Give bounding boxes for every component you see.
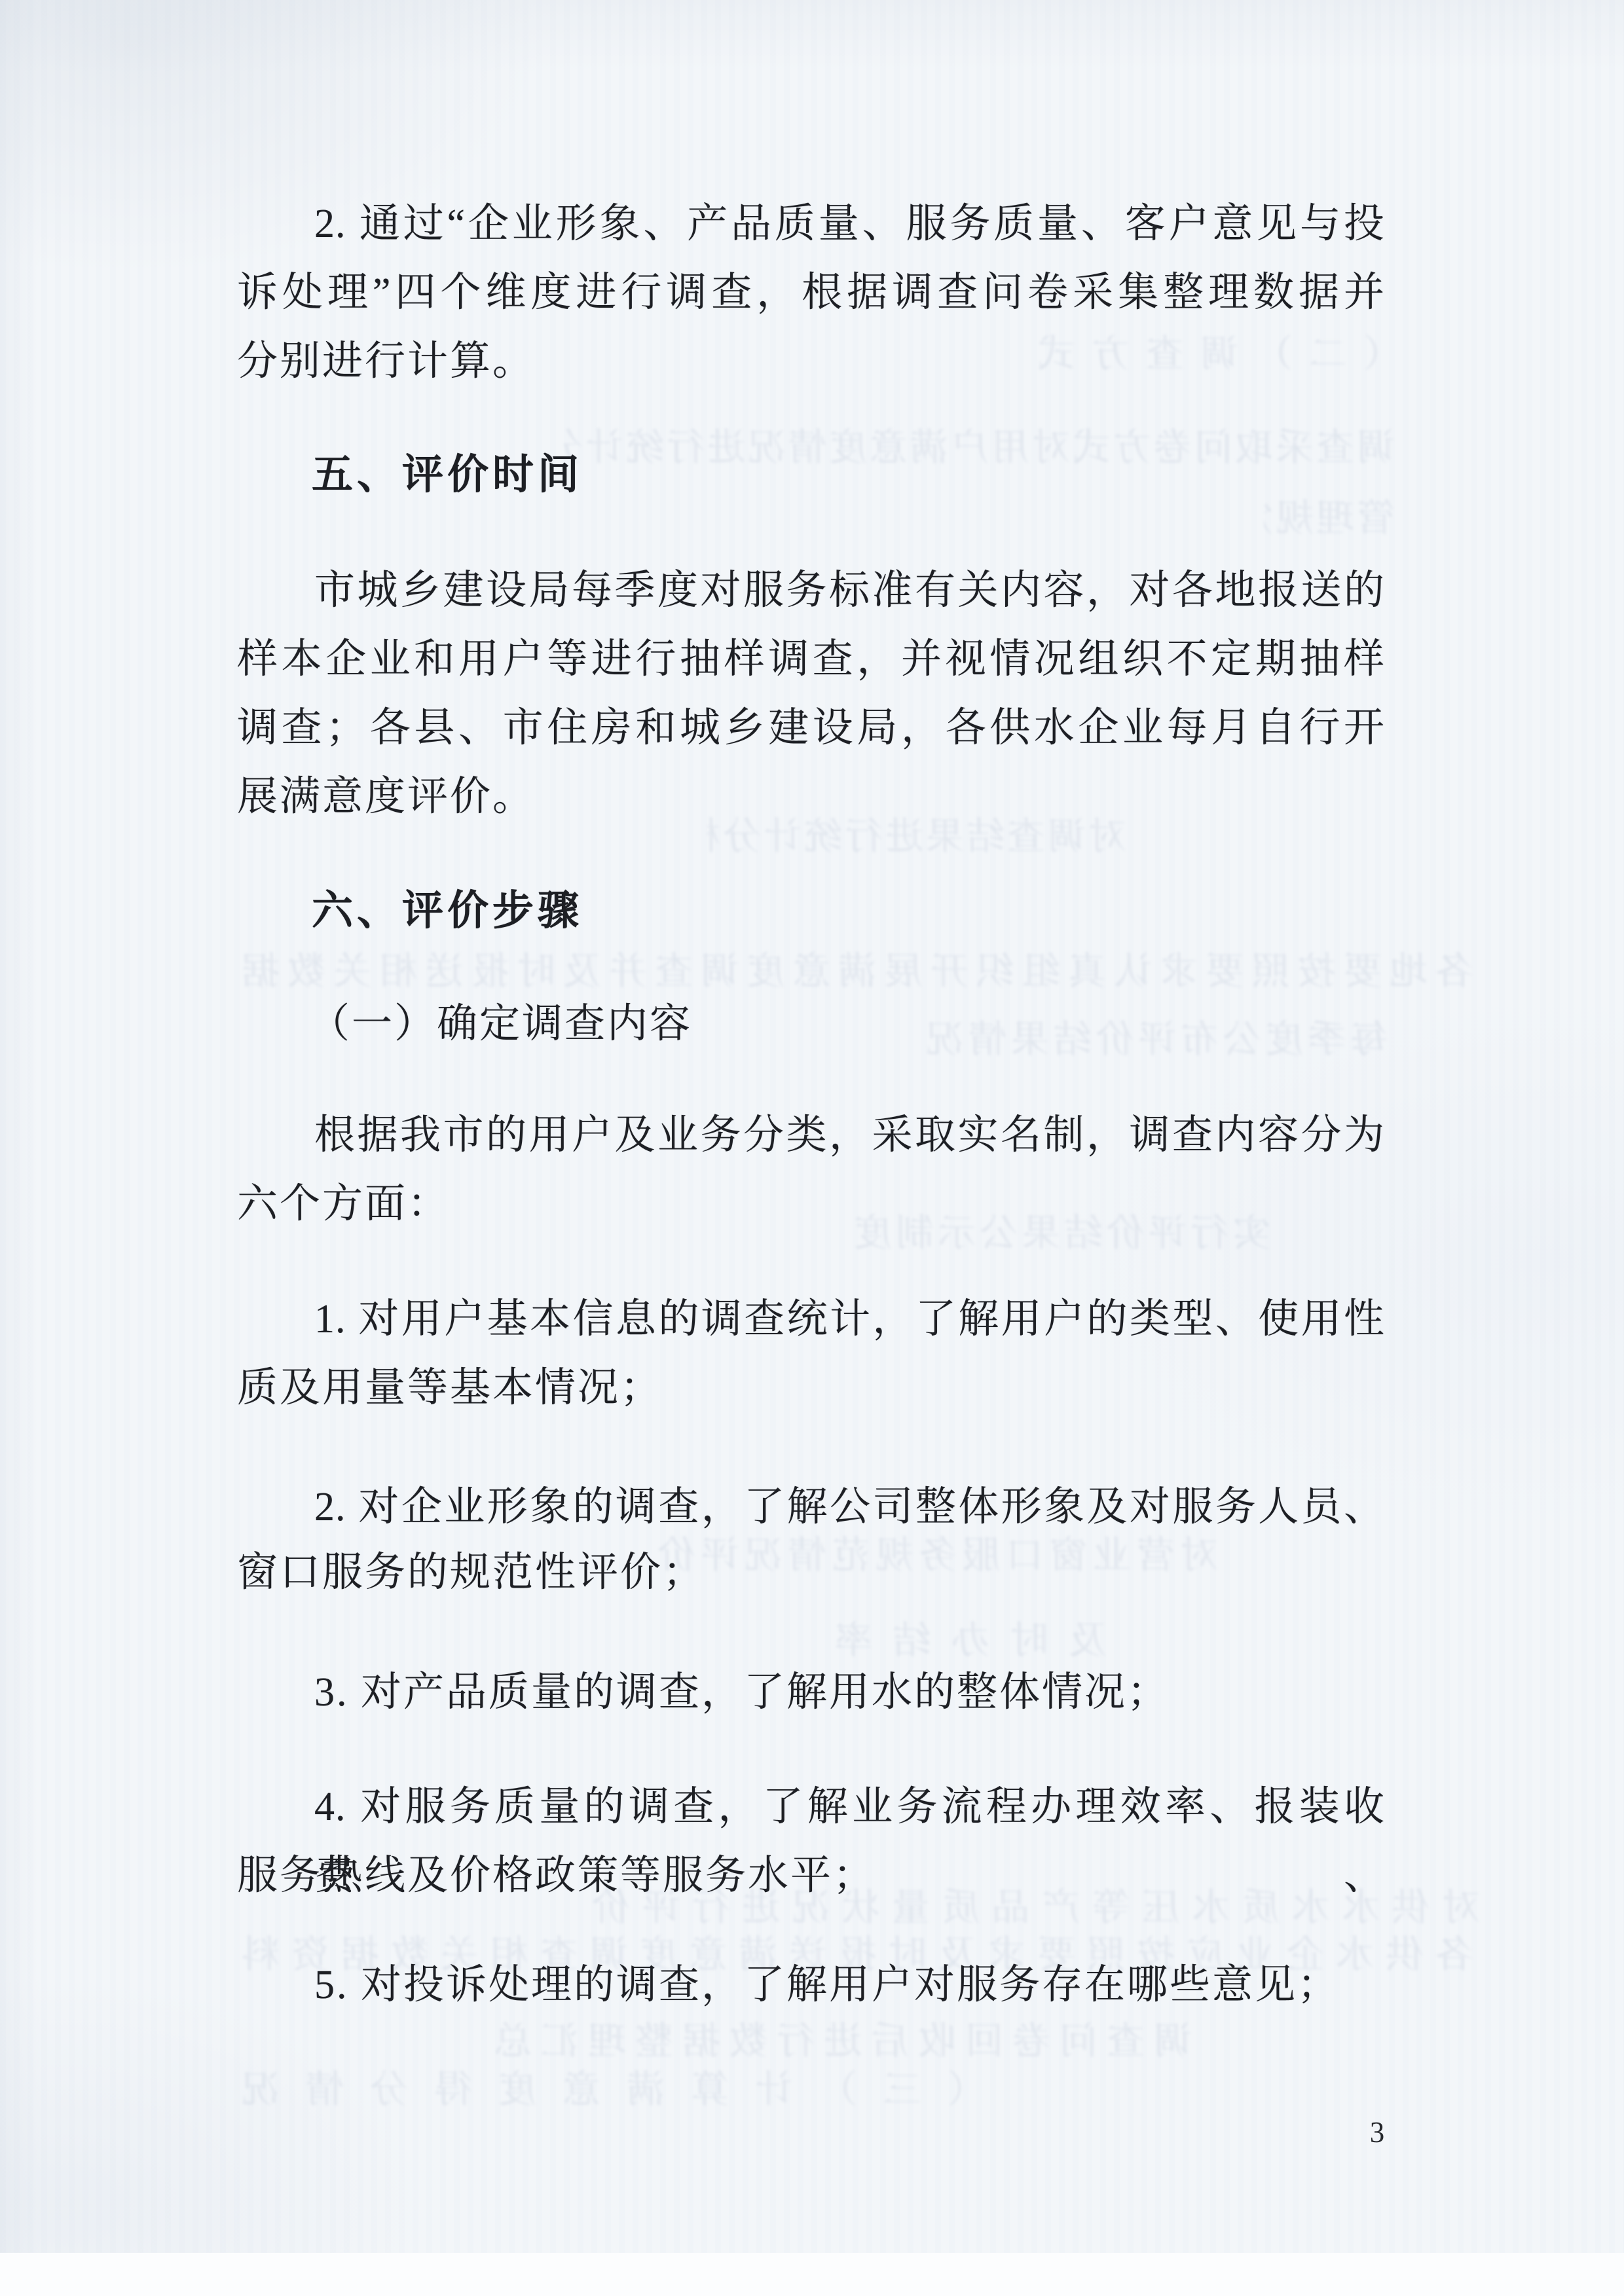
paragraph-line: 窗口服务的规范性评价；: [237, 1539, 1385, 1607]
bleedthrough-line: （三）计算满意度得分情况: [239, 2066, 986, 2113]
paragraph-line: 5. 对投诉处理的调查，了解用户对服务存在哪些意见；: [237, 1951, 1385, 2020]
paragraph-line: 质及用量等基本情况；: [237, 1354, 1385, 1423]
bleedthrough-line: 调查问卷回收后进行数据整理汇总: [491, 2018, 1192, 2065]
paragraph-line: 调查；各县、市住房和城乡建设局，各供水企业每月自行开: [237, 694, 1385, 763]
paragraph-line: 服务热线及价格政策等服务水平；: [237, 1842, 1385, 1910]
paragraph-line: 2. 通过“企业形象、产品质量、服务质量、客户意见与投: [237, 190, 1385, 259]
paragraph-line: 展满意度评价。: [237, 763, 1385, 831]
section-heading: 五、评价时间: [237, 440, 1385, 509]
paragraph-line: 六个方面：: [237, 1170, 1385, 1239]
paragraph-line: 4. 对服务质量的调查，了解业务流程办理效率、报装收费、: [237, 1773, 1385, 1842]
paragraph-line: 市城乡建设局每季度对服务标准有关内容，对各地报送的: [237, 556, 1385, 625]
section-heading: 六、评价步骤: [237, 876, 1385, 945]
paragraph-line: 2. 对企业形象的调查，了解公司整体形象及对服务人员、: [237, 1473, 1385, 1542]
paragraph-line: 1. 对用户基本信息的调查统计，了解用户的类型、使用性: [237, 1285, 1385, 1354]
bleedthrough-line: 各地要按照要求认真组织开展满意度调查并及时报送相关数据: [239, 948, 1473, 995]
paragraph-line: 样本企业和用户等进行抽样调查，并视情况组织不定期抽样: [237, 625, 1385, 694]
paragraph-line: 根据我市的用户及业务分类，采取实名制，调查内容分为: [237, 1101, 1385, 1170]
paragraph-line: 分别进行计算。: [237, 327, 1385, 396]
document-page: （二）调查方式 调查采取问卷方式对用户满意度情况进行统计分析 管理规定 对调查结…: [0, 0, 1624, 2296]
scan-bottom-edge: [0, 2253, 1624, 2296]
sub-section-heading: （一）确定调查内容: [237, 990, 1385, 1059]
page-number: 3: [1341, 2111, 1413, 2154]
bleedthrough-line: 及时办结率: [832, 1617, 1107, 1664]
paragraph-line: 诉处理”四个维度进行调查，根据调查问卷采集整理数据并: [237, 259, 1385, 327]
paragraph-line: 3. 对产品质量的调查，了解用水的整体情况；: [237, 1658, 1385, 1727]
